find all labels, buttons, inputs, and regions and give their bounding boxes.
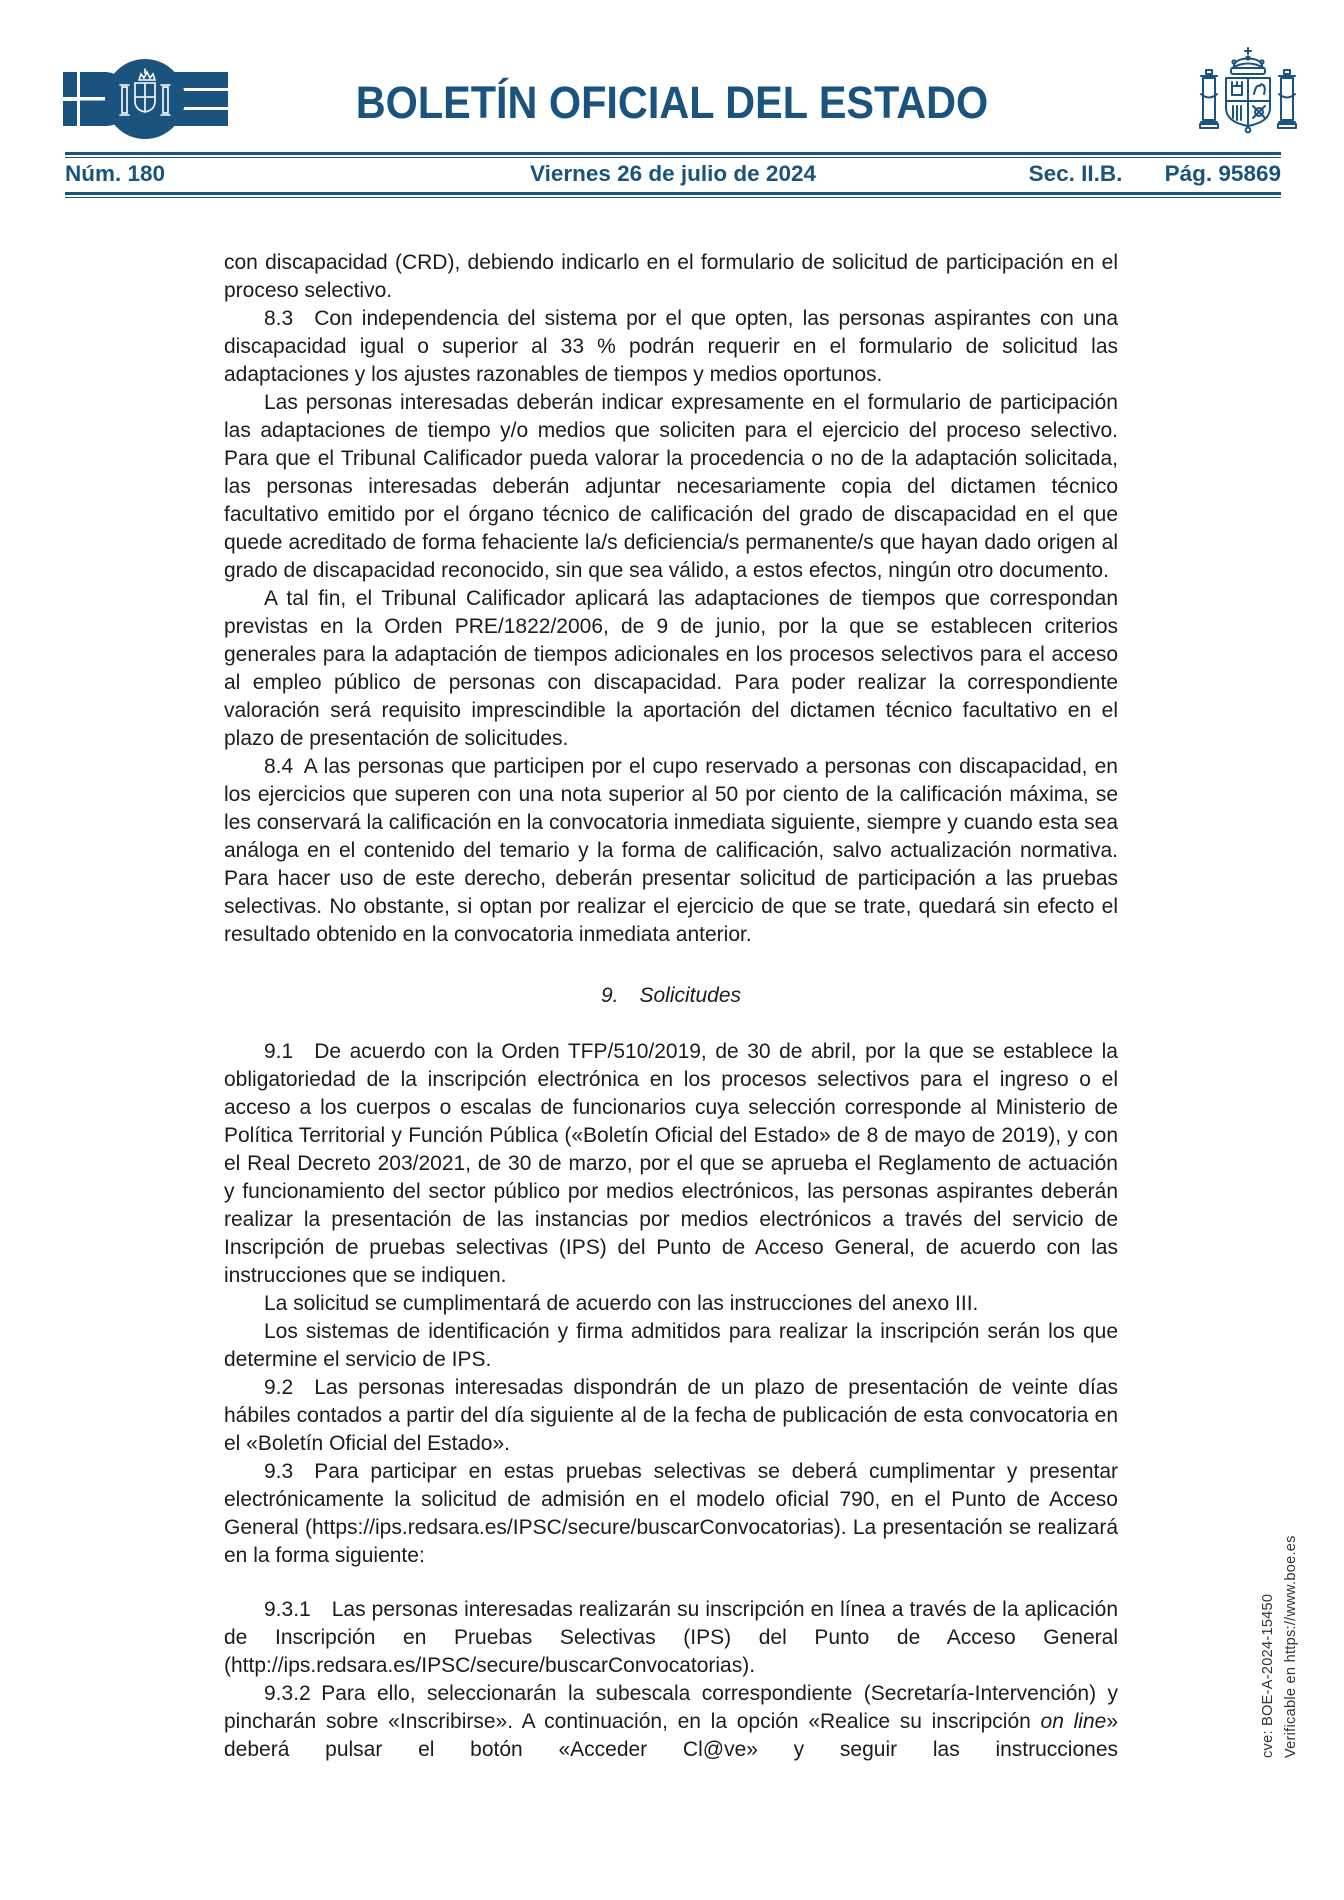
header-rule-top <box>65 152 1281 158</box>
header-rule-bottom <box>65 192 1281 198</box>
verify-url: Verificable en https://www.boe.es <box>1280 1512 1303 1758</box>
paragraph-9-3-2-text: 9.3.2 Para ello, seleccionarán la subesc… <box>224 1682 1118 1733</box>
spain-coat-of-arms <box>1196 46 1300 146</box>
paragraph-9-1: 9.1 De acuerdo con la Orden TFP/510/2019… <box>224 1038 1118 1290</box>
paragraph-9-3-1: 9.3.1 Las personas interesadas realizará… <box>224 1596 1118 1680</box>
paragraph-solicitud-anexo: La solicitud se cumplimentará de acuerdo… <box>224 1290 1118 1318</box>
issue-number: Núm. 180 <box>65 161 530 187</box>
page-title: BOLETÍN OFICIAL DEL ESTADO <box>54 78 1290 128</box>
on-line-italic: on line <box>1041 1710 1107 1733</box>
cve-code: cve: BOE-A-2024-15450 <box>1257 1512 1280 1758</box>
paragraph-8-4: 8.4 A las personas que participen por el… <box>224 753 1118 949</box>
boe-document-page: BOLETÍN OFICIAL DEL ESTADO <box>0 0 1344 1900</box>
document-body: con discapacidad (CRD), debiendo indicar… <box>224 249 1118 1764</box>
paragraph-9-3-2: 9.3.2 Para ello, seleccionarán la subesc… <box>224 1680 1118 1764</box>
marginal-verification-block: cve: BOE-A-2024-15450 Verificable en htt… <box>1257 1512 1303 1758</box>
paragraph-9-3: 9.3 Para participar en estas pruebas sel… <box>224 1458 1118 1570</box>
paragraph-8-3: 8.3 Con independencia del sistema por el… <box>224 305 1118 389</box>
page-number: Pág. 95869 <box>1165 161 1281 186</box>
publication-date: Viernes 26 de julio de 2024 <box>530 161 816 187</box>
paragraph-sistemas-identificacion: Los sistemas de identificación y firma a… <box>224 1318 1118 1374</box>
paragraph-a-tal-fin: A tal fin, el Tribunal Calificador aplic… <box>224 585 1118 753</box>
section-heading-solicitudes: 9. Solicitudes <box>224 982 1118 1010</box>
paragraph-personas-interesadas: Las personas interesadas deberán indicar… <box>224 389 1118 585</box>
paragraph-9-2: 9.2 Las personas interesadas dispondrán … <box>224 1374 1118 1458</box>
section-page-group: Sec. II.B. Pág. 95869 <box>816 161 1281 187</box>
section-label: Sec. II.B. <box>1029 161 1123 186</box>
paragraph-continuation: con discapacidad (CRD), debiendo indicar… <box>224 249 1118 305</box>
header-meta-row: Núm. 180 Viernes 26 de julio de 2024 Sec… <box>65 161 1281 187</box>
